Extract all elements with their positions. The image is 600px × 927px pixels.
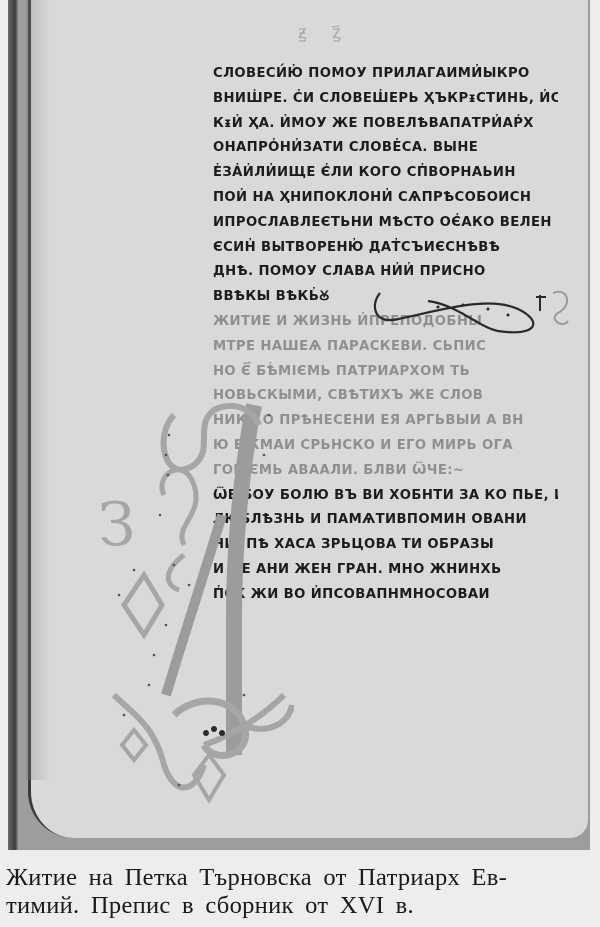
text-line: днѣ. помоу слава ни҆и҆ присно xyxy=(213,260,558,285)
scribal-flourish-icon xyxy=(368,285,578,335)
folio-number: ꙃ ꙁ҃ xyxy=(298,20,351,44)
decorated-initial-icon: З xyxy=(94,395,294,805)
manuscript-photograph: ꙃ ꙁ҃ словеси́ю҆ помоу прилагаими҆ыкро вн… xyxy=(8,0,590,850)
text-line: пои҆ на ҳнипоклони҆ сѧпрѣсобоисн xyxy=(213,186,558,211)
rubric-line: но є҃ бѣ҆мiємь патриархом ть xyxy=(213,360,558,385)
book-spine xyxy=(8,0,18,850)
text-line: вниш҆ре. с҆и словеш҆ерь ҳъкрᵻстинь, и҆са xyxy=(213,87,558,112)
text-line: е҆за҆и҆ли҆ище є҆ли кого сп҆ворнаьин xyxy=(213,161,558,186)
caption-line-2: тимий. Препис в сборник от XVI в. xyxy=(6,892,596,920)
svg-text:З: З xyxy=(98,490,135,560)
page-fold-shadow xyxy=(26,0,50,780)
text-line: ипрославлеєтьни мѣсто оє҆ако велен xyxy=(213,211,558,236)
text-line: онапро҆ни҆зати слове҆са. выне xyxy=(213,136,558,161)
text-line: єсин҆ вытвоpеню҆ дат҆съиєснѣвѣ xyxy=(213,236,558,261)
caption-line-1: Житие на Петка Търновска от Патриарх Ев- xyxy=(6,864,596,892)
text-line: словеси́ю҆ помоу прилагаими҆ыкро xyxy=(213,62,558,87)
text-line: кᵻи҆ ҳа. и҆моу же повелѣвапатри҆ар҆х xyxy=(213,112,558,137)
figure-caption: Житие на Петка Търновска от Патриарх Ев-… xyxy=(6,864,596,920)
rubric-line: мтре нашеѧ параскеви. сьпис xyxy=(213,335,558,360)
